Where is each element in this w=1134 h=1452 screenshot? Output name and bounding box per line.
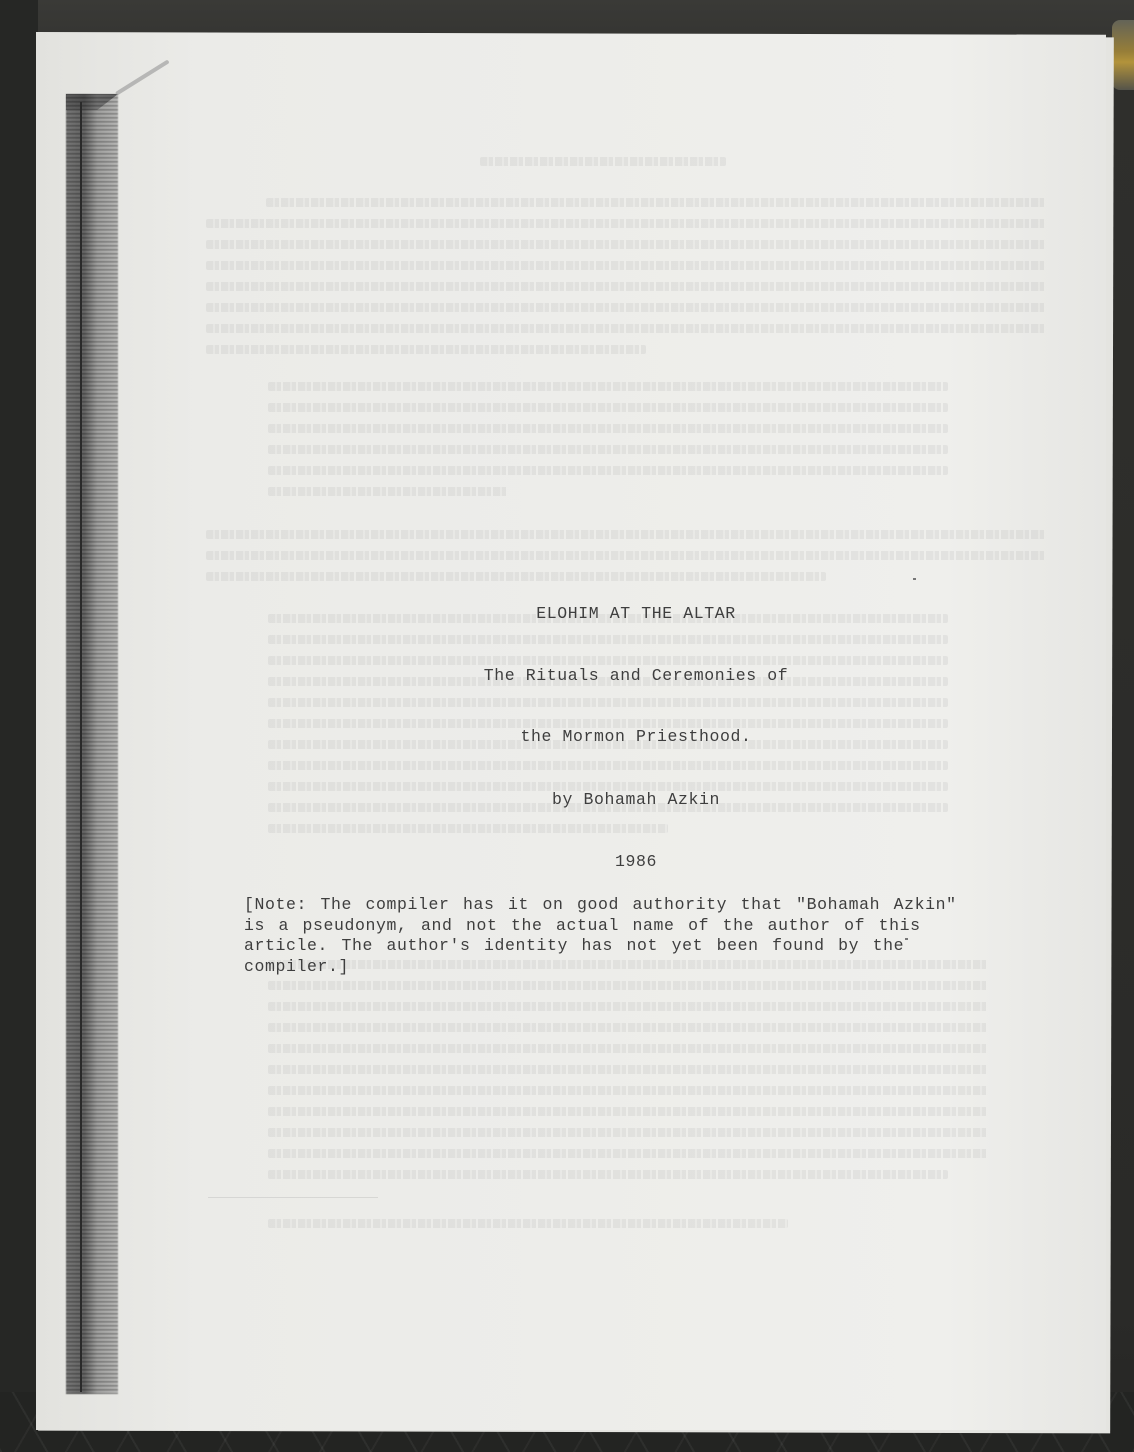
paper-sheet: ELOHIM AT THE ALTAR The Rituals and Cere… xyxy=(36,32,1106,1430)
publication-year: 1986 xyxy=(416,852,856,873)
background-left-edge xyxy=(0,0,38,1452)
bleed-through-line xyxy=(268,445,948,454)
pencil-mark xyxy=(115,59,170,95)
ink-speck xyxy=(905,938,908,940)
bleed-through-line xyxy=(206,324,1046,333)
ink-speck xyxy=(913,578,916,580)
bleed-through-line xyxy=(268,403,948,412)
bleed-through-line xyxy=(268,1086,988,1095)
bleed-through-line xyxy=(268,487,508,496)
bleed-through-line xyxy=(268,1002,988,1011)
bleed-through-line xyxy=(268,382,948,391)
bleed-through-line xyxy=(206,219,1046,228)
document-title: ELOHIM AT THE ALTAR xyxy=(336,604,936,625)
bleed-through-line xyxy=(206,303,1046,312)
bleed-through-line xyxy=(268,981,988,990)
bleed-through-line xyxy=(268,1170,948,1179)
note-line: compiler.] xyxy=(244,957,1054,978)
bleed-through-line xyxy=(206,240,1046,249)
bleed-through-line xyxy=(206,530,1046,539)
bleed-through-line xyxy=(268,424,948,433)
note-line: is a pseudonym, and not the actual name … xyxy=(244,916,1054,937)
author-byline: by Bohamah Azkin xyxy=(416,790,856,811)
note-line: article. The author's identity has not y… xyxy=(244,936,1054,957)
bleed-through-line xyxy=(206,261,1046,270)
bleed-through-line xyxy=(268,1044,988,1053)
bleed-through-line xyxy=(268,1107,988,1116)
bleed-through-line xyxy=(268,1149,988,1158)
document-subtitle-line-1: The Rituals and Ceremonies of xyxy=(336,666,936,687)
binding-strip xyxy=(66,94,118,1394)
bleed-through-line xyxy=(268,1128,988,1137)
byline-block: by Bohamah Azkin 1986 xyxy=(416,749,856,913)
binding-line xyxy=(80,102,82,1392)
bleed-through-footnote-rule xyxy=(208,1197,378,1198)
bleed-through-line xyxy=(268,1065,988,1074)
compiler-note: [Note: The compiler has it on good autho… xyxy=(244,895,1054,977)
bleed-through-line xyxy=(206,551,1046,560)
bleed-through-line xyxy=(268,466,948,475)
bleed-through-line xyxy=(268,1023,988,1032)
note-line: [Note: The compiler has it on good autho… xyxy=(244,895,1054,916)
bleed-through-line xyxy=(480,157,726,166)
document-subtitle-line-2: the Mormon Priesthood. xyxy=(336,727,936,748)
bleed-through-line xyxy=(268,1219,788,1228)
bleed-through-line xyxy=(206,345,646,354)
bleed-through-line xyxy=(266,198,1046,207)
background-object xyxy=(1112,20,1134,90)
bleed-through-line xyxy=(206,282,1046,291)
